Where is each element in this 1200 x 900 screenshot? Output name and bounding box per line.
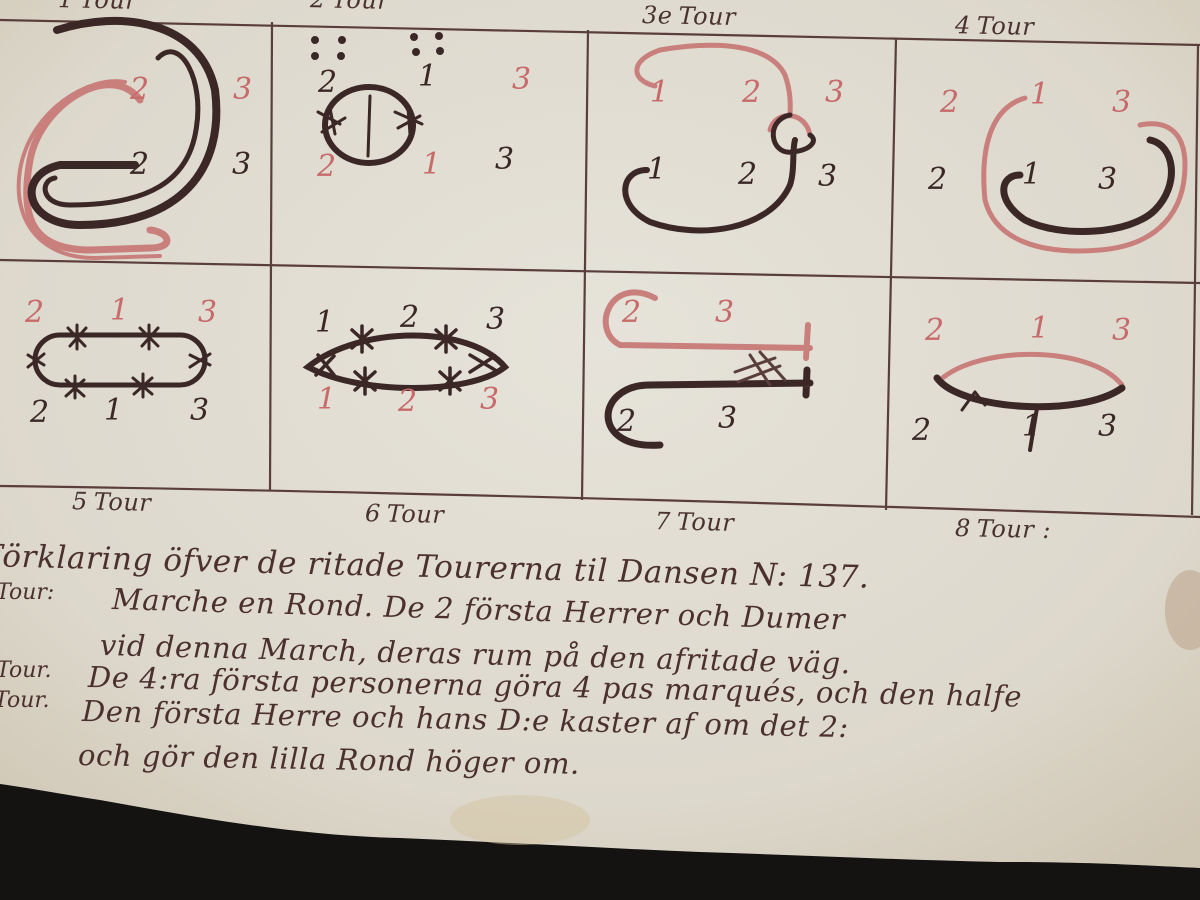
cell-1-number-brown: 2 <box>130 150 149 180</box>
cell-2-number-red: 1 <box>422 150 441 180</box>
cell-4-number-brown: 1 <box>1022 160 1041 190</box>
cell-5-number-red: 3 <box>198 298 217 328</box>
cell-6-number-red: 3 <box>480 385 499 415</box>
cell-6-number-brown: 2 <box>400 303 419 333</box>
manuscript-page: 1Tour 2Tour 3eTour 4Tour 5Tour 6Tour 7To… <box>0 0 1200 900</box>
cell-2-number-brown: 2 <box>318 68 337 98</box>
cell-5-number-brown: 2 <box>30 398 49 428</box>
tour-label-3: 3eTour <box>642 1 737 31</box>
tour-label-1: 1Tour <box>58 0 138 15</box>
cell-5-number-red: 2 <box>25 298 44 328</box>
cell-6-number-red: 1 <box>317 385 336 415</box>
cell-3-number-red: 2 <box>742 78 761 108</box>
cell-7-number-brown: 3 <box>718 404 737 434</box>
cell-3-number-brown: 3 <box>818 162 837 192</box>
cell-7-number-red: 2 <box>622 298 641 328</box>
cell-8-number-brown: 3 <box>1098 412 1117 442</box>
cell-2-number-brown: 1 <box>418 62 437 92</box>
cell-8-number-red: 2 <box>925 316 944 346</box>
cell-1-number-red: 2 <box>130 75 149 105</box>
cell-7-number-brown: 2 <box>617 407 636 437</box>
cell-4-number-red: 3 <box>1112 88 1131 118</box>
cell-7-number-red: 3 <box>715 298 734 328</box>
cell-5-number-red: 1 <box>110 296 129 326</box>
cell-8-number-red: 1 <box>1030 314 1049 344</box>
tour-label-4: 4Tour <box>955 11 1035 41</box>
cell-6-number-brown: 1 <box>315 308 334 338</box>
cell-4-number-brown: 3 <box>1098 165 1117 195</box>
cell-5-number-brown: 3 <box>190 396 209 426</box>
cell-2-number-brown: 3 <box>495 145 514 175</box>
cell-4-number-brown: 2 <box>928 165 947 195</box>
cell-3-number-brown: 2 <box>738 160 757 190</box>
cell-6-number-red: 2 <box>398 387 417 417</box>
tour-label-5: 5Tour <box>72 487 152 517</box>
cell-3-number-brown: 1 <box>647 155 666 185</box>
explanation-section: Förklaring öfver de ritade Tourerna til … <box>0 520 1200 820</box>
margin-label-tour-2: Tour. <box>0 658 51 683</box>
cell-4-number-red: 2 <box>940 88 959 118</box>
cell-3-number-red: 1 <box>650 78 669 108</box>
margin-label-tour-1: Tour: <box>0 580 54 605</box>
cell-8-number-brown: 1 <box>1022 412 1041 442</box>
cell-2-number-red: 3 <box>512 65 531 95</box>
cell-6-number-brown: 3 <box>486 305 505 335</box>
cell-5-number-brown: 1 <box>104 396 123 426</box>
cell-8-number-brown: 2 <box>912 416 931 446</box>
cell-3-number-red: 3 <box>825 78 844 108</box>
cell-2-number-red: 2 <box>317 152 336 182</box>
margin-label-tour-3: Tour. <box>0 688 49 713</box>
tour-label-2: 2Tour <box>310 0 390 15</box>
cell-4-number-red: 1 <box>1030 80 1049 110</box>
explanation-line-5: och gör den lilla Rond höger om. <box>78 738 581 781</box>
cell-1-number-brown: 3 <box>232 150 251 180</box>
cell-1-number-red: 3 <box>233 75 252 105</box>
cell-8-number-red: 3 <box>1112 316 1131 346</box>
